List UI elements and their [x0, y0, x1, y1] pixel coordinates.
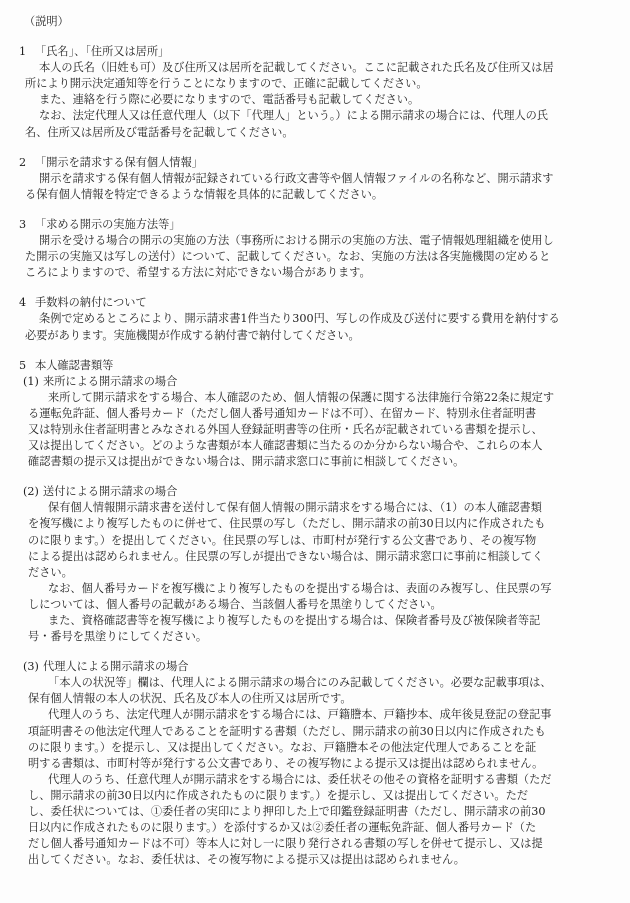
paragraph-line: のに限ります。）を提出してください。住民票の写しは、市町村が発行する公文書であり…	[0, 533, 630, 549]
section-heading: 「開示を請求する保有個人情報」	[35, 155, 630, 171]
subsection-number: (2)	[23, 484, 43, 500]
section-heading: 手数料の納付について	[35, 295, 630, 311]
paragraph-line: による提出は認められません。住民票の写しが提出できない場合は、開示請求窓口に事前…	[0, 549, 630, 565]
paragraph-line: た開示の実施又は写しの送付）について、記載してください。なお、実施の方法は各実施…	[0, 249, 630, 265]
paragraph-line: 来所して開示請求をする場合、本人確認のため、個人情報の保護に関する法律施行令第2…	[0, 390, 630, 406]
paragraph-line: しについては、個人番号の記載がある場合、当該個人番号を黒塗りしてください。	[0, 597, 630, 613]
section-heading-row: 1「氏名」、「住所又は居所」	[0, 44, 630, 60]
section: 3「求める開示の実施方法等」開示を受ける場合の開示の実施の方法（事務所における開…	[0, 217, 630, 281]
section: 1「氏名」、「住所又は居所」本人の氏名（旧姓も可）及び住所又は居所を記載してくだ…	[0, 44, 630, 141]
section-number: 1	[19, 44, 35, 60]
paragraph-line: 号・番号を黒塗りにしてください。	[0, 629, 630, 645]
subsection: (1)来所による開示請求の場合来所して開示請求をする場合、本人確認のため、個人情…	[0, 374, 630, 471]
section: 2「開示を請求する保有個人情報」開示を請求する保有個人情報が記録されている行政文…	[0, 155, 630, 203]
subsection-heading-row: (1)来所による開示請求の場合	[0, 374, 630, 390]
section-number: 5	[19, 358, 35, 374]
explanation-document: （説明） 1「氏名」、「住所又は居所」本人の氏名（旧姓も可）及び住所又は居所を記…	[0, 0, 630, 868]
paragraph-line: 所により開示決定通知等を行うことになりますので、正確に記載してください。	[0, 76, 630, 92]
paragraph-line: 確認書類の提示又は提出ができない場合は、開示請求窓口に事前に相談してください。	[0, 454, 630, 470]
paragraph-line: だし個人番号通知カードは不可）等本人に対し一に限り発行される書類の写しを併せて提…	[0, 836, 630, 852]
paragraph-line: のに限ります。）を提示し、又は提出してください。なお、戸籍謄本その他法定代理人で…	[0, 740, 630, 756]
document-title: （説明）	[0, 14, 630, 30]
subsection: (2)送付による開示請求の場合保有個人情報開示請求書を送付して保有個人情報の開示…	[0, 484, 630, 645]
paragraph-line: 本人の氏名（旧姓も可）及び住所又は居所を記載してください。ここに記載された氏名及…	[0, 60, 630, 76]
paragraph-line: を複写機により複写したものに併せて、住民票の写し（ただし、開示請求の前30日以内…	[0, 516, 630, 532]
paragraph-line: し、委任状については、①委任者の実印により押印した上で印鑑登録証明書（ただし、開…	[0, 804, 630, 820]
section: 5本人確認書類等(1)来所による開示請求の場合来所して開示請求をする場合、本人確…	[0, 358, 630, 869]
paragraph-line: 条例で定めるところにより、開示請求書1件当たり300円、写しの作成及び送付に要す…	[0, 311, 630, 327]
subsection-heading: 送付による開示請求の場合	[43, 484, 630, 500]
section-number: 2	[19, 155, 35, 171]
paragraph-line: なお、法定代理人又は任意代理人（以下「代理人」という。）による開示請求の場合には…	[0, 108, 630, 124]
paragraph-line: 必要があります。実施機関が作成する納付書で納付してください。	[0, 328, 630, 344]
section-heading: 「氏名」、「住所又は居所」	[35, 44, 630, 60]
paragraph-line: また、資格確認書等を複写機により複写したものを提出する場合は、保険者番号及び被保…	[0, 613, 630, 629]
paragraph-line: し、開示請求の前30日以内に作成されたものに限ります。）を提示し、又は提出してく…	[0, 788, 630, 804]
paragraph-line: 明する書類は、市町村等が発行する公文書であり、その複写物による提示又は提出は認め…	[0, 756, 630, 772]
paragraph-line: 保有個人情報の本人の状況、氏名及び本人の住所又は居所です。	[0, 691, 630, 707]
paragraph-line: 代理人のうち、法定代理人が開示請求をする場合には、戸籍謄本、戸籍抄本、成年後見登…	[0, 707, 630, 723]
subsection-number: (1)	[23, 374, 43, 390]
section-heading: 本人確認書類等	[35, 358, 630, 374]
paragraph-line: 保有個人情報開示請求書を送付して保有個人情報の開示請求をする場合には、（1）の本…	[0, 500, 630, 516]
subsection-heading: 来所による開示請求の場合	[43, 374, 630, 390]
subsection-number: (3)	[23, 659, 43, 675]
section-heading-row: 4手数料の納付について	[0, 295, 630, 311]
section-heading-row: 5本人確認書類等	[0, 358, 630, 374]
paragraph-line: 出してください。なお、委任状は、その複写物による提示又は提出は認められません。	[0, 852, 630, 868]
paragraph-line: なお、個人番号カードを複写機により複写したものを提出する場合は、表面のみ複写し、…	[0, 581, 630, 597]
paragraph-line: 代理人のうち、任意代理人が開示請求をする場合には、委任状その他その資格を証明する…	[0, 772, 630, 788]
paragraph-line: 又は特別永住者証明書とみなされる外国人登録証明書等の住所・氏名が記載されている書…	[0, 422, 630, 438]
paragraph-line: 名、住所又は居所及び電話番号を記載してください。	[0, 125, 630, 141]
subsection-heading-row: (2)送付による開示請求の場合	[0, 484, 630, 500]
section-number: 3	[19, 217, 35, 233]
section-number: 4	[19, 295, 35, 311]
subsection: (3)代理人による開示請求の場合「本人の状況等」欄は、代理人による開示請求の場合…	[0, 659, 630, 868]
paragraph-line: また、連絡を行う際に必要になりますので、電話番号も記載してください。	[0, 92, 630, 108]
paragraph-line: ころによりますので、希望する方法に対応できない場合があります。	[0, 265, 630, 281]
paragraph-line: ださい。	[0, 565, 630, 581]
subsection-heading: 代理人による開示請求の場合	[43, 659, 630, 675]
section-heading-row: 2「開示を請求する保有個人情報」	[0, 155, 630, 171]
sections-container: 1「氏名」、「住所又は居所」本人の氏名（旧姓も可）及び住所又は居所を記載してくだ…	[0, 44, 630, 868]
section-heading: 「求める開示の実施方法等」	[35, 217, 630, 233]
paragraph-line: る保有個人情報を特定できるような情報を具体的に記載してください。	[0, 187, 630, 203]
paragraph-line: 項証明書その他法定代理人であることを証明する書類（ただし、開示請求の前30日以内…	[0, 724, 630, 740]
paragraph-line: る運転免許証、個人番号カード（ただし個人番号通知カードは不可）、在留カード、特別…	[0, 406, 630, 422]
paragraph-line: 開示を受ける場合の開示の実施の方法（事務所における開示の実施の方法、電子情報処理…	[0, 233, 630, 249]
subsection-heading-row: (3)代理人による開示請求の場合	[0, 659, 630, 675]
paragraph-line: 又は提出してください。どのような書類が本人確認書類に当たるのか分からない場合や、…	[0, 438, 630, 454]
paragraph-line: 日以内に作成されたものに限ります。）を添付するか又は②委任者の運転免許証、個人番…	[0, 820, 630, 836]
paragraph-line: 開示を請求する保有個人情報が記録されている行政文書等や個人情報ファイルの名称など…	[0, 171, 630, 187]
section: 4手数料の納付について条例で定めるところにより、開示請求書1件当たり300円、写…	[0, 295, 630, 343]
paragraph-line: 「本人の状況等」欄は、代理人による開示請求の場合にのみ記載してください。必要な記…	[0, 675, 630, 691]
section-heading-row: 3「求める開示の実施方法等」	[0, 217, 630, 233]
